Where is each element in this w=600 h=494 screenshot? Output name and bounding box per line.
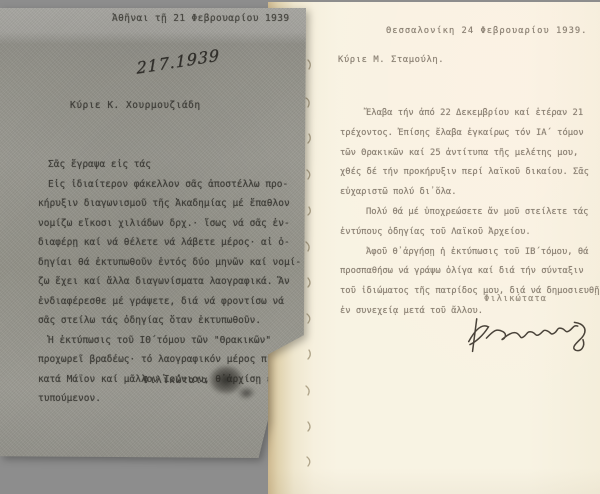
left-letter-line: ἐνδιαφέρεσθε μέ γράψετε, διά νά φροντίσω… xyxy=(38,296,306,316)
left-letter-salutation: Κύριε Κ. Χουρμουζιάδη xyxy=(70,100,201,111)
left-letter-line: Εἰς ἰδιαίτερον φάκελλον σᾶς ἀποστέλλω πρ… xyxy=(38,179,306,199)
left-letter-date: Ἀθῆναι τῇ 21 Φεβρουαρίου 1939 xyxy=(112,13,289,24)
right-letter-line: Ἀφοῦ θ᾽ἀργήσῃ ἡ ἐκτύπωσις τοῦ ΙΒ΄τόμου, … xyxy=(340,247,600,267)
left-letter-line: τυπούμενον. xyxy=(38,393,306,413)
letter-thessaloniki: Θεσσαλονίκη 24 Φεβρουαρίου 1939. Κύριε Μ… xyxy=(268,2,600,494)
left-letter-line: Σᾶς ἔγραψα εἰς τάς xyxy=(38,159,306,179)
left-letter-closing: Φιλικώτατα xyxy=(143,375,208,386)
right-letter-line: Ἔλαβα τήν ἀπό 22 Δεκεμβρίου καί ἑτέραν 2… xyxy=(340,108,600,128)
right-letter-line: ἐντύπους ὁδηγίας τοῦ Λαϊκοῦ Ἀρχείου. xyxy=(340,227,600,247)
left-letter-body: Σᾶς ἔγραψα εἰς τάςΕἰς ἰδιαίτερον φάκελλο… xyxy=(38,126,306,413)
scanned-letters-background: Θεσσαλονίκη 24 Φεβρουαρίου 1939. Κύριε Μ… xyxy=(0,0,600,494)
protocol-number-handwritten: 217.1939 xyxy=(136,45,220,77)
right-letter-line: Πολύ θά μέ ὑποχρεώσετε ἄν μοῦ στείλετε τ… xyxy=(340,207,600,227)
right-letter-line: προσπαθήσω νά γράψω ὀλίγα καί διά τήν σύ… xyxy=(340,266,600,286)
left-letter-line: κήρυξιν διαγωνισμοῦ τῆς Ἀκαδημίας μέ ἔπα… xyxy=(38,198,306,218)
letter-athens-wrap: Ἀθῆναι τῇ 21 Φεβρουαρίου 1939 217.1939 Κ… xyxy=(0,8,306,458)
left-letter-line: διαφέρῃ καί νά θέλετε νά λάβετε μέρος· α… xyxy=(38,237,306,257)
letter-athens: Ἀθῆναι τῇ 21 Φεβρουαρίου 1939 217.1939 Κ… xyxy=(0,8,306,458)
left-letter-line: προχωρεῖ βραδέως· τό λαογραφικόν μέρος π… xyxy=(38,354,306,374)
left-letter-line: νομίζω εἴκοσι χιλιάδων δρχ.· ἴσως νά σᾶς… xyxy=(38,218,306,238)
right-letter-date: Θεσσαλονίκη 24 Φεβρουαρίου 1939. xyxy=(386,26,587,36)
left-letter-line: Ἡ ἐκτύπωσις τοῦ ΙΘ΄τόμου τῶν "Θρακικῶν" xyxy=(38,335,306,355)
left-letter-line: δηγίαι θά ἐκτυπωθοῦν ἐντός δύο μηνῶν καί… xyxy=(38,257,306,277)
left-letter-line: ζω ἔχει καί ἄλλα διαγωνίσματα λαογραφικά… xyxy=(38,276,306,296)
right-letter-body: Ἔλαβα τήν ἀπό 22 Δεκεμβρίου καί ἑτέραν 2… xyxy=(340,78,600,326)
right-letter-line: τῶν Θρακικῶν καί 25 ἀντίτυπα τῆς μελέτης… xyxy=(340,148,600,168)
right-letter-line: χθές δέ τήν προκήρυξιν περί λαϊκοῦ δικαί… xyxy=(340,167,600,187)
right-letter-line: εὐχαριστῶ πολύ δι᾽ὅλα. xyxy=(340,187,600,207)
signature xyxy=(464,298,600,363)
right-letter-line: τρέχοντος. Ἐπίσης ἔλαβα ἐγκαίρως τόν ΙΑ΄… xyxy=(340,128,600,148)
right-letter-salutation: Κύριε Μ. Σταμούλη. xyxy=(338,55,444,65)
left-letter-line: σᾶς στείλω τάς ὁδηγίας ὅταν ἐκτυπωθοῦν. xyxy=(38,315,306,335)
